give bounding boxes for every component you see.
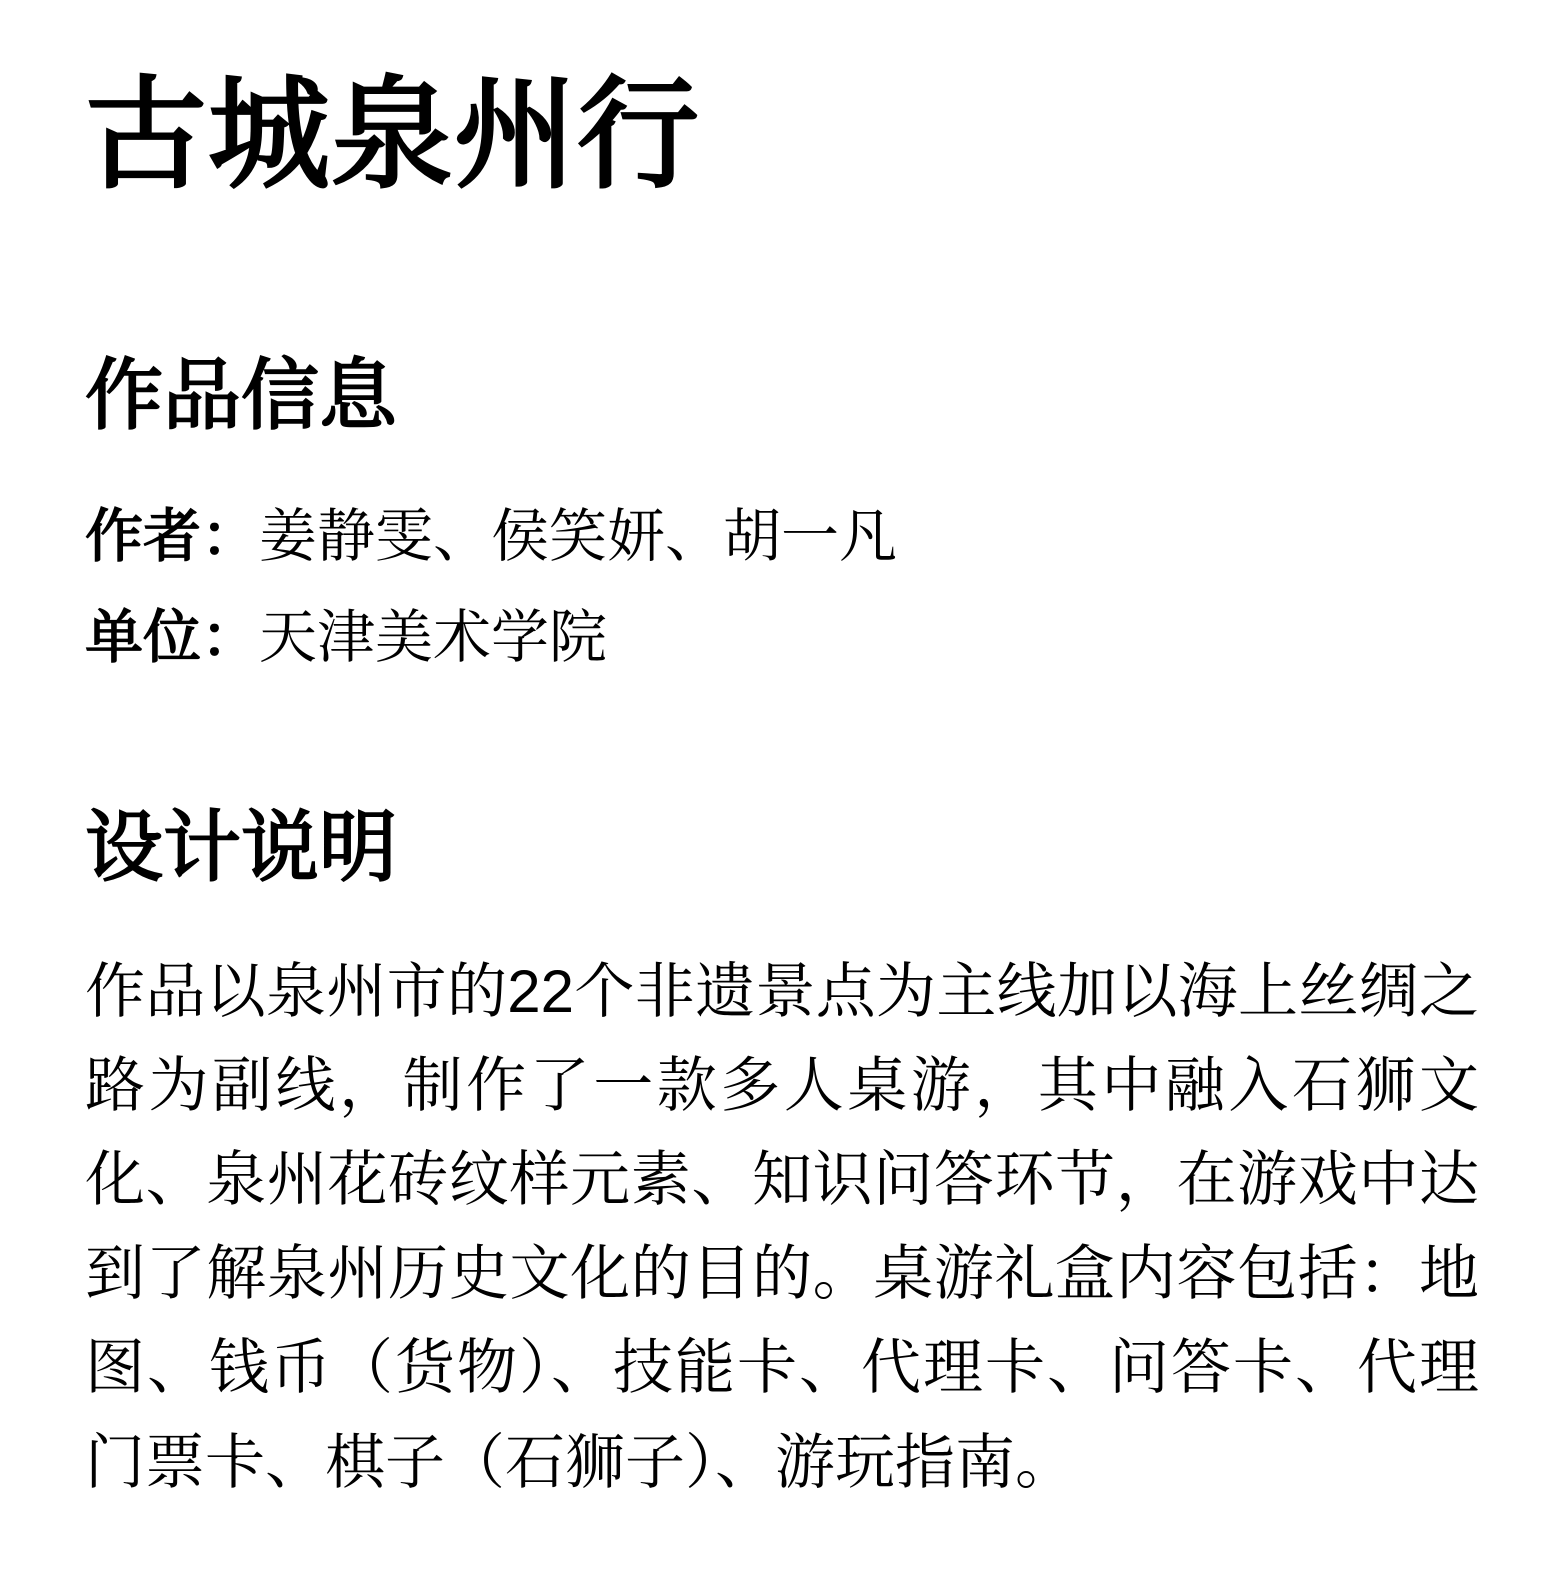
design-notes-heading: 设计说明: [85, 801, 1479, 895]
author-value: 姜静雯、侯笑妍、胡一凡: [259, 504, 897, 569]
unit-value: 天津美术学院: [259, 605, 607, 670]
design-notes-body: 作品以泉州市的22个非遗景点为主线加以海上丝绸之路为副线，制作了一款多人桌游，其…: [85, 945, 1479, 1510]
author-line: 作者：姜静雯、侯笑妍、胡一凡: [85, 508, 1479, 566]
section-work-info: 作品信息 作者：姜静雯、侯笑妍、胡一凡 单位：天津美术学院: [85, 349, 1479, 667]
document-page: 古城泉州行 作品信息 作者：姜静雯、侯笑妍、胡一凡 单位：天津美术学院 设计说明…: [0, 0, 1564, 1584]
unit-label: 单位：: [85, 605, 259, 670]
page-title: 古城泉州行: [85, 62, 1479, 208]
unit-line: 单位：天津美术学院: [85, 609, 1479, 667]
author-label: 作者：: [85, 504, 259, 569]
section-design-notes: 设计说明 作品以泉州市的22个非遗景点为主线加以海上丝绸之路为副线，制作了一款多…: [85, 801, 1479, 1510]
work-info-heading: 作品信息: [85, 349, 1479, 443]
